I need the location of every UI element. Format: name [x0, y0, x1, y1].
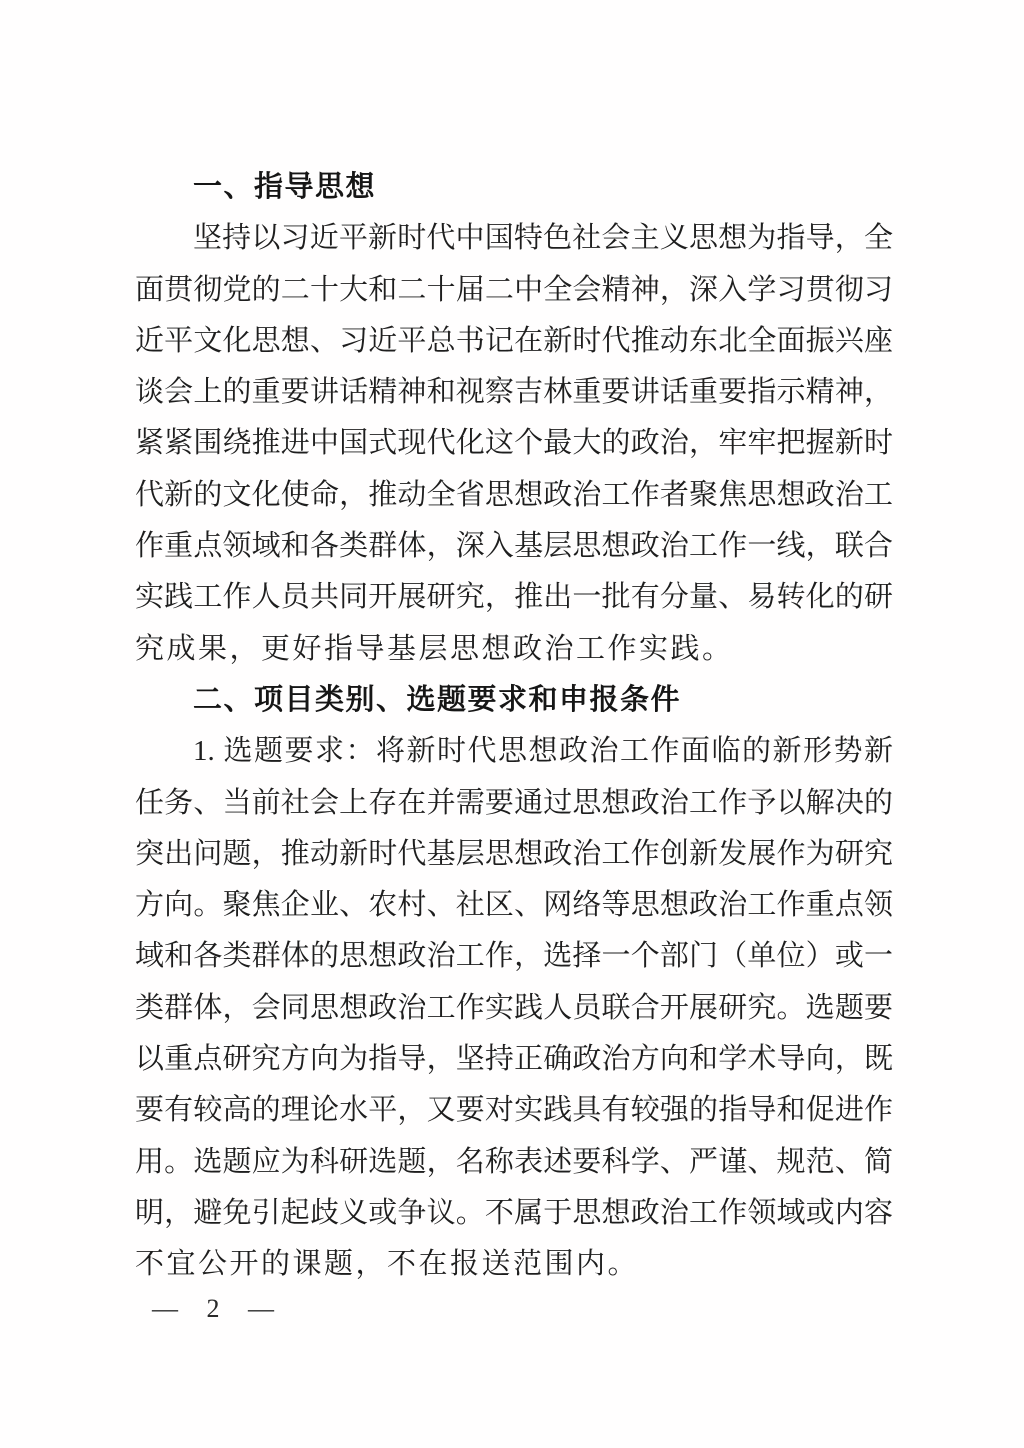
- text-line: 面贯彻党的二十大和二十届二中全会精神，深入学习贯彻习: [135, 265, 893, 316]
- text-line: 任务、当前社会上存在并需要通过思想政治工作予以解决的: [135, 778, 893, 829]
- text-line: 突出问题，推动新时代基层思想政治工作创新发展作为研究: [135, 829, 893, 880]
- text-line: 以重点研究方向为指导，坚持正确政治方向和学术导向，既: [135, 1034, 893, 1085]
- text-line: 域和各类群体的思想政治工作，选择一个部门（单位）或一: [135, 931, 893, 982]
- text-line: 方向。聚焦企业、农村、社区、网络等思想政治工作重点领: [135, 880, 893, 931]
- section-heading: 二、项目类别、选题要求和申报条件: [135, 675, 893, 726]
- text-line: 用。选题应为科研选题，名称表述要科学、严谨、规范、简: [135, 1137, 893, 1188]
- text-line: 坚持以习近平新时代中国特色社会主义思想为指导，全: [135, 213, 893, 264]
- text-line: 要有较高的理论水平，又要对实践具有较强的指导和促进作: [135, 1085, 893, 1136]
- text-line: 近平文化思想、习近平总书记在新时代推动东北全面振兴座: [135, 316, 893, 367]
- text-line: 实践工作人员共同开展研究，推出一批有分量、易转化的研: [135, 572, 893, 623]
- text-line: 1. 选题要求：将新时代思想政治工作面临的新形势新: [135, 726, 893, 777]
- text-line: 类群体，会同思想政治工作实践人员联合开展研究。选题要: [135, 983, 893, 1034]
- document-body: 一、指导思想 坚持以习近平新时代中国特色社会主义思想为指导，全 面贯彻党的二十大…: [135, 162, 893, 1291]
- section-heading: 一、指导思想: [135, 162, 893, 213]
- text-line: 究成果，更好指导基层思想政治工作实践。: [135, 624, 893, 675]
- text-line: 明，避免引起歧义或争议。不属于思想政治工作领域或内容: [135, 1188, 893, 1239]
- text-line: 紧紧围绕推进中国式现代化这个最大的政治，牢牢把握新时: [135, 418, 893, 469]
- page-number: — 2 —: [152, 1293, 283, 1325]
- text-line: 作重点领域和各类群体，深入基层思想政治工作一线，联合: [135, 521, 893, 572]
- text-line: 谈会上的重要讲话精神和视察吉林重要讲话重要指示精神，: [135, 367, 893, 418]
- text-line: 代新的文化使命，推动全省思想政治工作者聚焦思想政治工: [135, 470, 893, 521]
- text-line: 不宜公开的课题，不在报送范围内。: [135, 1239, 893, 1290]
- document-page: 一、指导思想 坚持以习近平新时代中国特色社会主义思想为指导，全 面贯彻党的二十大…: [0, 0, 1024, 1448]
